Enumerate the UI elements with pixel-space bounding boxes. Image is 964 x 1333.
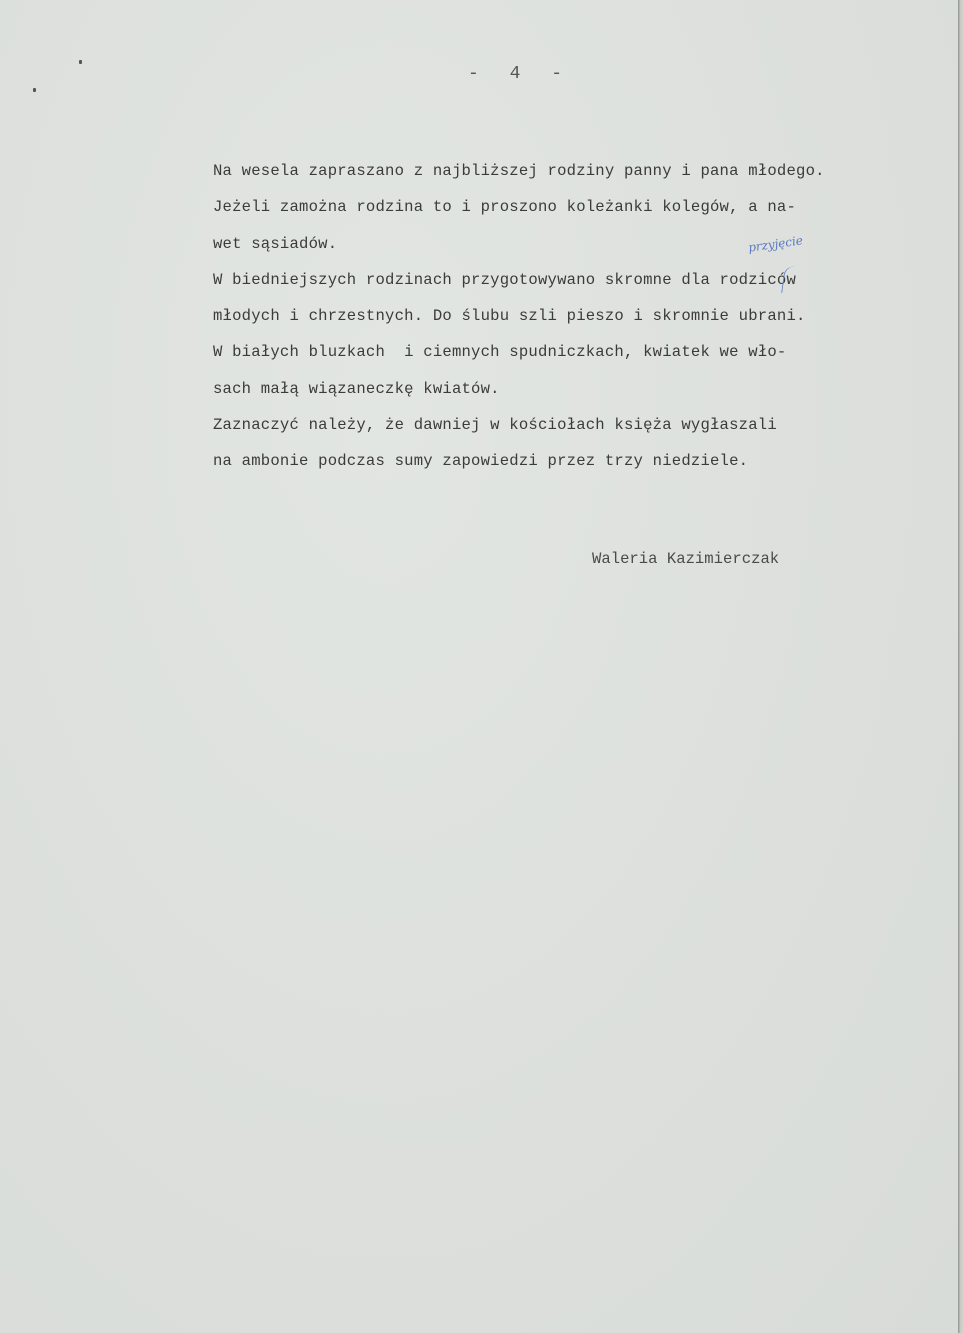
text-line: młodych i chrzestnych. Do ślubu szli pie… (213, 301, 825, 337)
text-line: Zaznaczyć należy, że dawniej w kościołac… (213, 410, 825, 446)
document-page: - 4 - Na wesela zapraszano z najbliższej… (0, 0, 958, 1333)
text-line: wet sąsiadów. (213, 229, 825, 265)
paper-speck (79, 60, 82, 64)
text-line: na ambonie podczas sumy zapowiedzi przez… (213, 446, 825, 482)
text-line: Jeżeli zamożna rodzina to i proszono kol… (213, 192, 825, 228)
page-number: - 4 - (468, 64, 572, 84)
text-line: sach małą wiązaneczkę kwiatów. (213, 374, 825, 410)
author-signature: Waleria Kazimierczak (592, 550, 779, 568)
text-line: W białych bluzkach i ciemnych spudniczka… (213, 337, 825, 373)
paper-speck (33, 88, 36, 92)
text-line: W biedniejszych rodzinach przygotowywano… (213, 265, 825, 301)
typed-paragraph: Na wesela zapraszano z najbliższej rodzi… (213, 156, 825, 483)
text-line: Na wesela zapraszano z najbliższej rodzi… (213, 156, 825, 192)
page-edge (958, 0, 964, 1333)
